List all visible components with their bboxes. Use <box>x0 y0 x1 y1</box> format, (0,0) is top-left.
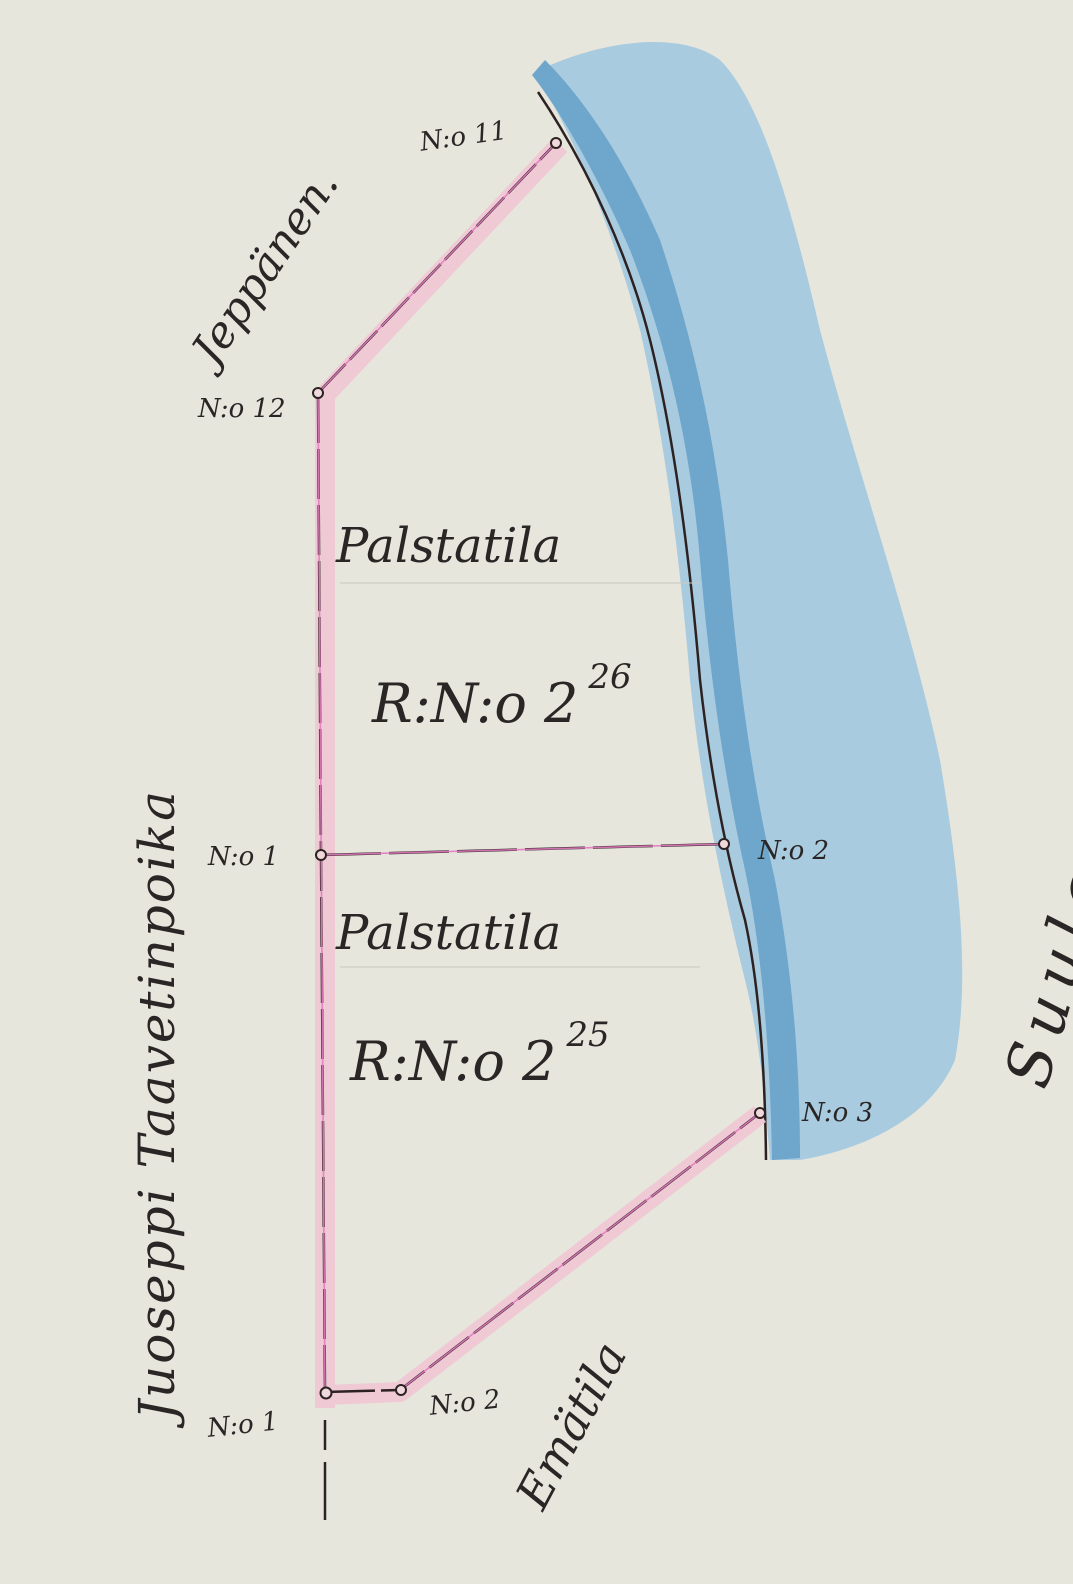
parcel-title-26: Palstatila <box>336 518 561 574</box>
marker-2-mid <box>719 839 729 849</box>
lake-area <box>535 42 962 1160</box>
marker-11 <box>551 138 561 148</box>
marker-12 <box>313 388 323 398</box>
parcel-rn-26: R:N:o 226 <box>372 672 632 735</box>
map-sheet: Jeppänen. Juoseppi Taavetinpoika Emätila… <box>0 0 1073 1584</box>
point-label-12: N:o 12 <box>198 394 286 424</box>
point-label-2-mid: N:o 2 <box>758 836 829 866</box>
parcel-title-25: Palstatila <box>336 905 561 961</box>
point-label-3: N:o 3 <box>802 1098 873 1128</box>
parcel-rn-25-sup: 25 <box>566 1015 609 1055</box>
marker-1-bottom <box>321 1388 332 1399</box>
neighbor-label-left: Juoseppi Taavetinpoika <box>128 789 186 1420</box>
parcel-rn-26-sup: 26 <box>588 657 631 697</box>
parcel-rn-25-prefix: R:N:o 2 <box>350 1030 556 1093</box>
parcel-rn-25: R:N:o 225 <box>350 1030 610 1093</box>
marker-1-mid <box>316 850 326 860</box>
marker-3 <box>755 1108 765 1118</box>
parcel-rn-26-prefix: R:N:o 2 <box>372 672 578 735</box>
point-label-1-mid: N:o 1 <box>208 842 279 872</box>
marker-2-bottom <box>396 1385 406 1395</box>
